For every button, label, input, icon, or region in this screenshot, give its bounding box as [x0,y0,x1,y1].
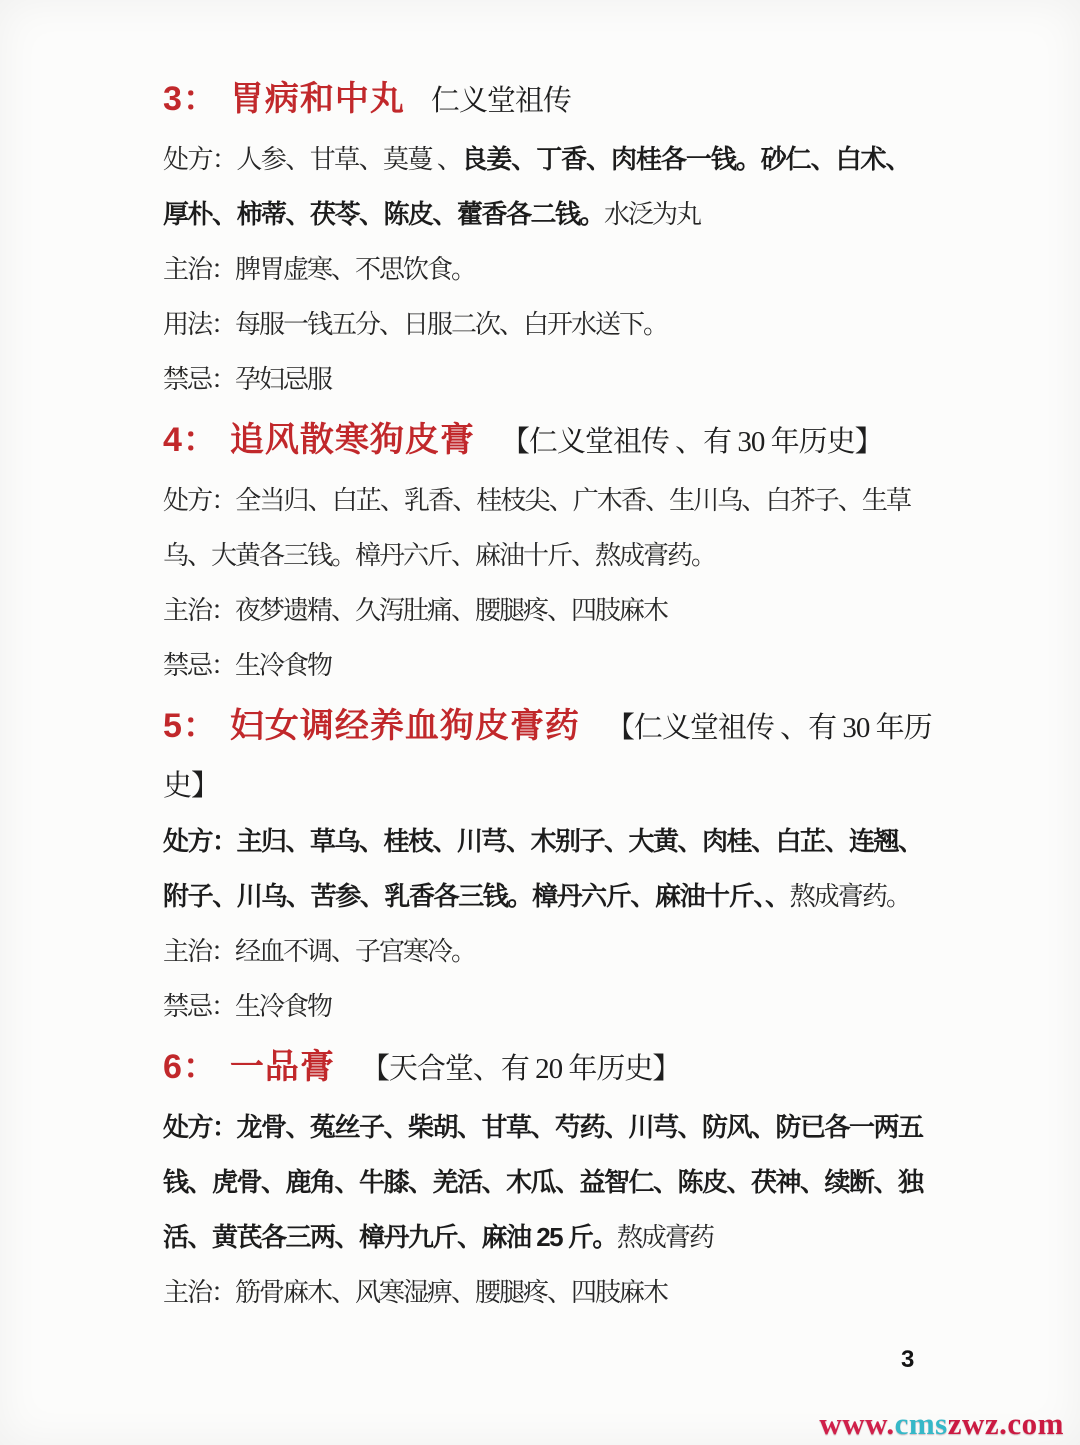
section-4-heading: 4：追风散寒狗皮膏【仁义堂祖传 、有 30 年历史】 [163,407,910,473]
prescription-line-1: 处方：主归、草乌、桂枝、川芎、木别子、大黄、肉桂、白芷、连翘、 [163,814,910,869]
indication-line: 主治：筋骨麻木、风寒湿痹、腰腿疼、四肢麻木 [163,1265,910,1320]
text-segment: 熬成膏药。 [790,882,910,911]
text-segment: 熬成膏药 [617,1223,713,1252]
text-segment: 处方：人参、甘草、莫蔓 、 [163,145,461,174]
indication-line: 主治：经血不调、子宫寒冷。 [163,924,910,979]
section-subtitle: 【仁义堂祖传 、有 30 年历史】 [501,426,883,458]
contraindication-line: 禁忌：孕妇忌服 [163,352,910,407]
prescription-line-2: 钱、虎骨、鹿角、牛膝、羌活、木瓜、益智仁、陈皮、茯神、续断、独 [163,1155,910,1210]
section-number: 3： [163,80,218,118]
section-5-heading: 5：妇女调经养血狗皮膏药【仁义堂祖传 、有 30 年历 [163,693,910,759]
usage-line: 用法：每服一钱五分、日服二次、白开水送下。 [163,297,910,352]
watermark-segment: www. [819,1406,894,1441]
section-subtitle: 仁义堂祖传 [431,85,571,117]
prescription-line-3: 活、黄芪各三两、樟丹九斤、麻油 25 斤。熬成膏药 [163,1210,910,1265]
section-subtitle-wrap: 史】 [163,759,910,814]
text-segment: 良姜、丁香、肉桂各一钱。砂仁、白术、 [461,144,910,174]
section-6-heading: 6：一品膏【天合堂、有 20 年历史】 [163,1034,910,1100]
text-segment: 处方：主归、草乌、桂枝、川芎、木别子、大黄、肉桂、白芷、连翘、 [163,826,923,856]
text-segment: 用法：每服一钱五分、日服二次、白开水送下。 [163,310,667,339]
prescription-line-2: 附子、川乌、苦参、乳香各三钱。樟丹六斤、麻油十斤、、熬成膏药。 [163,869,910,924]
section-number: 6： [163,1048,218,1086]
section-subtitle: 【仁义堂祖传 、有 30 年历 [606,712,932,744]
indication-line: 主治：夜梦遗精、久泻肚痛、腰腿疼、四肢麻木 [163,583,910,638]
text-segment: 主治：筋骨麻木、风寒湿痹、腰腿疼、四肢麻木 [163,1278,667,1307]
text-segment: 附子、川乌、苦参、乳香各三钱。樟丹六斤、麻油十斤、、 [163,881,790,911]
contraindication-line: 禁忌：生冷食物 [163,979,910,1034]
text-segment: 禁忌：孕妇忌服 [163,365,331,394]
section-title: 妇女调经养血狗皮膏药 [230,707,580,745]
watermark-segment: zwz.com [948,1406,1064,1441]
text-segment: 禁忌：生冷食物 [163,651,331,680]
text-segment: 水泛为丸 [604,200,700,229]
text-segment: 钱、虎骨、鹿角、牛膝、羌活、木瓜、益智仁、陈皮、茯神、续断、独 [163,1167,923,1197]
watermark-url: www.cmszwz.com [819,1406,1064,1442]
section-number: 5： [163,707,218,745]
prescription-line-1: 处方：龙骨、菟丝子、柴胡、甘草、芍药、川芎、防风、防已各一两五 [163,1100,910,1155]
text-segment: 主治：夜梦遗精、久泻肚痛、腰腿疼、四肢麻木 [163,596,667,625]
text-segment: 处方：龙骨、菟丝子、柴胡、甘草、芍药、川芎、防风、防已各一两五 [163,1112,923,1142]
text-segment: 禁忌：生冷食物 [163,992,331,1021]
section-title: 胃病和中丸 [230,80,405,118]
document-content: 3：胃病和中丸仁义堂祖传处方：人参、甘草、莫蔓 、良姜、丁香、肉桂各一钱。砂仁、… [163,66,910,1320]
text-segment: 主治：经血不调、子宫寒冷。 [163,937,475,966]
section-subtitle: 【天合堂、有 20 年历史】 [361,1053,681,1085]
section-3-heading: 3：胃病和中丸仁义堂祖传 [163,66,910,132]
page-number: 3 [901,1346,914,1374]
prescription-line-2: 乌、大黄各三钱。樟丹六斤、麻油十斤、熬成膏药。 [163,528,910,583]
section-title: 追风散寒狗皮膏 [230,421,475,459]
text-segment: 主治：脾胃虚寒、不思饮食。 [163,255,475,284]
prescription-line-1: 处方：人参、甘草、莫蔓 、良姜、丁香、肉桂各一钱。砂仁、白术、 [163,132,910,187]
indication-line: 主治：脾胃虚寒、不思饮食。 [163,242,910,297]
prescription-line-1: 处方：全当归、白芷、乳香、桂枝尖、广木香、生川乌、白芥子、生草 [163,473,910,528]
section-number: 4： [163,421,218,459]
section-title: 一品膏 [230,1048,335,1086]
prescription-line-2: 厚朴、柿蒂、茯苓、陈皮、藿香各二钱。水泛为丸 [163,187,910,242]
text-segment: 活、黄芪各三两、樟丹九斤、麻油 25 斤。 [163,1222,617,1252]
text-segment: 处方：全当归、白芷、乳香、桂枝尖、广木香、生川乌、白芥子、生草 [163,486,910,515]
text-segment: 厚朴、柿蒂、茯苓、陈皮、藿香各二钱。 [163,199,604,229]
text-segment: 史】 [163,770,219,802]
contraindication-line: 禁忌：生冷食物 [163,638,910,693]
document-page: 3：胃病和中丸仁义堂祖传处方：人参、甘草、莫蔓 、良姜、丁香、肉桂各一钱。砂仁、… [0,0,1080,1445]
text-segment: 乌、大黄各三钱。樟丹六斤、麻油十斤、熬成膏药。 [163,541,715,570]
watermark-segment: cms [895,1406,948,1441]
